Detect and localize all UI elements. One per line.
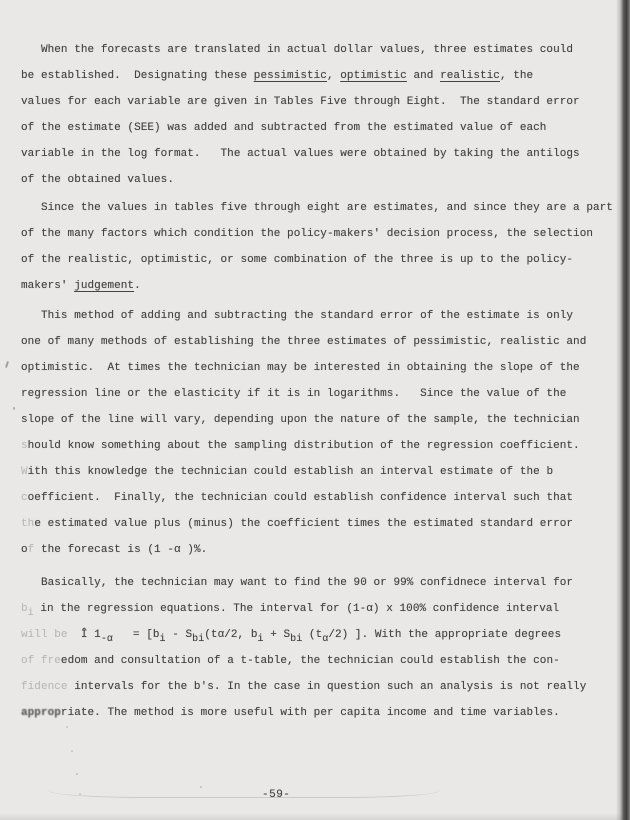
text-line: This method of adding and subtracting th… bbox=[21, 303, 613, 329]
text-segment: optimistic. At times the technician may … bbox=[21, 362, 580, 374]
text-line: coefficient. Finally, the technician cou… bbox=[21, 485, 613, 511]
scan-bottom-shade bbox=[0, 813, 630, 820]
text-segment: hould know something about the sampling … bbox=[28, 440, 580, 452]
text-segment: will be bbox=[21, 629, 68, 641]
text-segment: of the many factors which condition the … bbox=[21, 228, 593, 240]
text-line: regression line or the elasticity if it … bbox=[21, 381, 613, 407]
text-segment: c bbox=[21, 492, 28, 504]
text-segment: . bbox=[134, 280, 141, 292]
scan-artifact-arc bbox=[48, 783, 440, 798]
text-segment: o bbox=[21, 544, 28, 556]
text-segment: When the forecasts are translated in act… bbox=[21, 44, 573, 56]
text-segment: pessimistic bbox=[254, 70, 327, 82]
scan-speck bbox=[66, 726, 68, 728]
text-line: should know something about the sampling… bbox=[21, 433, 613, 459]
paragraph: Since the values in tables five through … bbox=[21, 195, 613, 299]
paragraph: Basically, the technician may want to fi… bbox=[21, 570, 613, 726]
text-segment: riate. The method is more useful with pe… bbox=[61, 707, 560, 719]
text-line: values for each variable are given in Ta… bbox=[21, 89, 613, 115]
text-line: one of many methods of establishing the … bbox=[21, 329, 613, 355]
text-line: With this knowledge the technician could… bbox=[21, 459, 613, 485]
text-segment: of the estimate (SEE) was added and subt… bbox=[21, 122, 546, 134]
text-segment: i bbox=[28, 608, 34, 619]
text-line: of the many factors which condition the … bbox=[21, 221, 613, 247]
text-segment: f bbox=[28, 544, 35, 556]
text-segment: of the obtained values. bbox=[21, 174, 174, 186]
text-segment: W bbox=[21, 466, 28, 478]
text-line: optimistic. At times the technician may … bbox=[21, 355, 613, 381]
text-segment: approp bbox=[21, 707, 61, 719]
text-segment: values for each variable are given in Ta… bbox=[21, 96, 580, 108]
text-segment: realistic bbox=[440, 70, 500, 82]
scan-speck bbox=[5, 361, 9, 368]
text-line: will be Î 1-α = [bi - Sbi(tα/2, bi + Sbi… bbox=[21, 622, 613, 648]
text-line: the estimated value plus (minus) the coe… bbox=[21, 511, 613, 537]
text-line: Since the values in tables five through … bbox=[21, 195, 613, 221]
scan-speck bbox=[13, 407, 15, 410]
text-segment: of fre bbox=[21, 655, 61, 667]
text-segment: th bbox=[21, 518, 34, 530]
text-segment: -α bbox=[101, 634, 113, 645]
text-line: Basically, the technician may want to fi… bbox=[21, 570, 613, 596]
text-segment: judgement bbox=[74, 280, 134, 292]
text-segment: α bbox=[322, 634, 328, 645]
text-segment: makers' bbox=[21, 280, 74, 292]
text-segment: - S bbox=[166, 629, 193, 641]
text-segment: ith this knowledge the technician could … bbox=[28, 466, 553, 478]
text-segment: variable in the log format. The actual v… bbox=[21, 148, 580, 160]
text-line: appropriate. The method is more useful w… bbox=[21, 700, 613, 726]
text-line: of freedom and consultation of a t-table… bbox=[21, 648, 613, 674]
text-segment: in the regression equations. The interva… bbox=[34, 603, 559, 615]
text-segment: bi bbox=[192, 634, 204, 645]
text-segment: of the realistic, optimistic, or some co… bbox=[21, 254, 573, 266]
scan-speck bbox=[79, 793, 81, 795]
text-segment: i bbox=[160, 634, 166, 645]
text-segment: and bbox=[407, 70, 440, 82]
text-segment: /2) ]. With the appropriate degrees bbox=[328, 629, 561, 641]
text-line: makers' judgement. bbox=[21, 273, 613, 299]
paragraph: This method of adding and subtracting th… bbox=[21, 303, 613, 563]
text-line: variable in the log format. The actual v… bbox=[21, 141, 613, 167]
text-segment: (t bbox=[302, 629, 322, 641]
scan-speck bbox=[76, 773, 78, 775]
text-segment: s bbox=[21, 440, 28, 452]
text-segment: the forecast is (1 -α )%. bbox=[34, 544, 207, 556]
text-segment: intervals for the b's. In the case in qu… bbox=[68, 681, 587, 693]
text-segment: Since the values in tables five through … bbox=[21, 202, 613, 214]
text-line: slope of the line will vary, depending u… bbox=[21, 407, 613, 433]
text-line: of the forecast is (1 -α )%. bbox=[21, 537, 613, 563]
text-line: of the realistic, optimistic, or some co… bbox=[21, 247, 613, 273]
scan-speck bbox=[71, 750, 73, 752]
text-segment: = [b bbox=[113, 629, 160, 641]
document-page: When the forecasts are translated in act… bbox=[0, 0, 630, 820]
text-segment: Î 1 bbox=[68, 629, 101, 641]
text-segment: edom and consultation of a t-table, the … bbox=[61, 655, 560, 667]
text-line: of the estimate (SEE) was added and subt… bbox=[21, 115, 613, 141]
text-segment: + S bbox=[264, 629, 291, 641]
text-segment: This method of adding and subtracting th… bbox=[21, 310, 573, 322]
text-line: of the obtained values. bbox=[21, 167, 613, 193]
text-segment: be established. Designating these bbox=[21, 70, 254, 82]
text-segment: optimistic bbox=[340, 70, 407, 82]
scan-edge-shadow bbox=[616, 0, 630, 820]
text-line: bi in the regression equations. The inte… bbox=[21, 596, 613, 622]
text-segment: , bbox=[327, 70, 340, 82]
text-segment: oefficient. Finally, the technician coul… bbox=[28, 492, 573, 504]
scan-speck bbox=[200, 786, 202, 788]
text-line: be established. Designating these pessim… bbox=[21, 63, 613, 89]
text-segment: b bbox=[21, 603, 28, 615]
text-segment: (tα/2, b bbox=[204, 629, 257, 641]
paragraph: When the forecasts are translated in act… bbox=[21, 37, 613, 193]
text-segment: , the bbox=[500, 70, 533, 82]
text-segment: one of many methods of establishing the … bbox=[21, 336, 586, 348]
text-segment: e estimated value plus (minus) the coeff… bbox=[34, 518, 573, 530]
text-segment: Basically, the technician may want to fi… bbox=[21, 577, 573, 589]
text-segment: bi bbox=[290, 634, 302, 645]
text-line: When the forecasts are translated in act… bbox=[21, 37, 613, 63]
text-segment: slope of the line will vary, depending u… bbox=[21, 414, 580, 426]
text-block: When the forecasts are translated in act… bbox=[21, 37, 613, 726]
text-segment: i bbox=[258, 634, 264, 645]
text-line: fidence intervals for the b's. In the ca… bbox=[21, 674, 613, 700]
text-segment: regression line or the elasticity if it … bbox=[21, 388, 566, 400]
text-segment: fidence bbox=[21, 681, 68, 693]
